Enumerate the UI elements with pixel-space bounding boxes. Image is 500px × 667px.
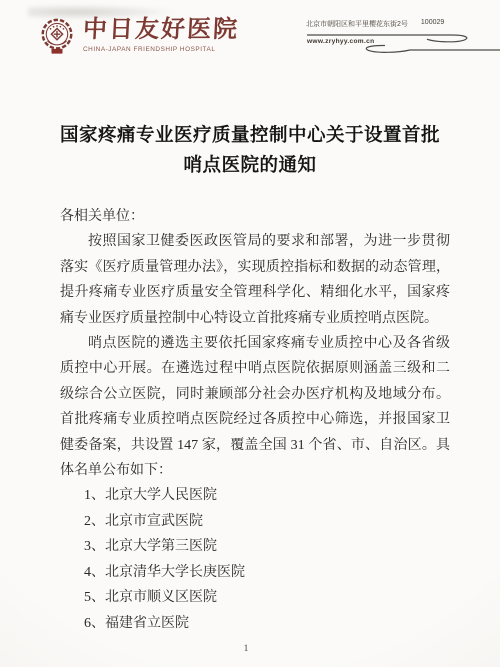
cloud-scroll-decoration-icon — [306, 32, 500, 58]
hospital-list-item: 6、福建省立医院 — [84, 611, 450, 636]
paragraph-1: 按照国家卫健委医政医管局的要求和部署，为进一步贯彻落实《医疗质量管理办法》，实现… — [60, 229, 450, 331]
hospital-list-item: 5、北京市顺义区医院 — [84, 585, 450, 610]
notice-body: 各相关单位： 按照国家卫健委医政医管局的要求和部署，为进一步贯彻落实《医疗质量管… — [60, 204, 450, 636]
hospital-list-item: 3、北京大学第三医院 — [84, 534, 450, 559]
hospital-emblem-icon — [38, 16, 76, 58]
address-row: 北京市朝阳区和平里樱花东街2号 100029 — [306, 19, 500, 29]
hospital-logo: 中日友好医院 CHINA-JAPAN FRIENDSHIP HOSPITAL — [38, 16, 239, 58]
page-number: 1 — [0, 644, 492, 654]
notice-title: 国家疼痛专业医疗质量控制中心关于设置首批 哨点医院的通知 — [0, 121, 500, 181]
hospital-list-item: 4、北京清华大学长庚医院 — [84, 560, 450, 585]
paragraph-2: 哨点医院的遴选主要依托国家疼痛专业质控中心及各省级质控中心开展。在遴选过程中哨点… — [60, 331, 450, 483]
salutation: 各相关单位： — [60, 204, 450, 229]
notice-title-line1: 国家疼痛专业医疗质量控制中心关于设置首批 — [0, 121, 500, 151]
hospital-list-item: 1、北京大学人民医院 — [84, 483, 450, 508]
website-url: www.zryhyy.com.cn — [307, 38, 374, 45]
postal-code: 100029 — [421, 19, 444, 29]
document-page: 中日友好医院 CHINA-JAPAN FRIENDSHIP HOSPITAL 北… — [0, 0, 500, 667]
letterhead: 中日友好医院 CHINA-JAPAN FRIENDSHIP HOSPITAL 北… — [0, 0, 500, 70]
hospital-list: 1、北京大学人民医院 2、北京市宣武医院 3、北京大学第三医院 4、北京清华大学… — [84, 483, 450, 635]
logo-en-text: CHINA-JAPAN FRIENDSHIP HOSPITAL — [83, 46, 239, 53]
logo-cn-text: 中日友好医院 — [82, 16, 239, 44]
address-text: 北京市朝阳区和平里樱花东街2号 — [306, 19, 408, 29]
logo-text-block: 中日友好医院 CHINA-JAPAN FRIENDSHIP HOSPITAL — [83, 16, 239, 53]
contact-block: 北京市朝阳区和平里樱花东街2号 100029 www.zryhyy.com.cn — [306, 19, 500, 63]
notice-title-line2: 哨点医院的通知 — [0, 151, 500, 181]
hospital-list-item: 2、北京市宣武医院 — [84, 509, 450, 534]
